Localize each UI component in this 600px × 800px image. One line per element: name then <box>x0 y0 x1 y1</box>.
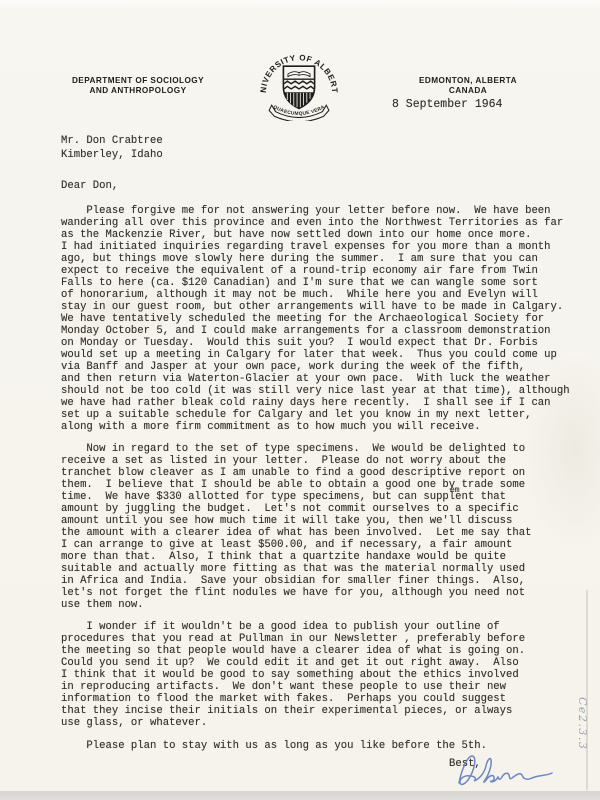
body-paragraph-3: I wonder if it wouldn't be a good idea t… <box>61 621 525 729</box>
recipient-address: Mr. Don Crabtree Kimberley, Idaho <box>61 134 163 162</box>
letterhead-location: EDMONTON, ALBERTA CANADA <box>406 76 530 96</box>
location-line1: EDMONTON, ALBERTA <box>406 76 530 86</box>
closing-line: Please plan to stay with us as long as y… <box>61 740 487 752</box>
letter-date: 8 September 1964 <box>392 99 502 111</box>
letterhead-department: DEPARTMENT OF SOCIOLOGY AND ANTHROPOLOGY <box>63 76 213 96</box>
paper-top-edge <box>0 0 600 8</box>
handwritten-signature <box>452 748 560 792</box>
typed-correction-superscript: em <box>450 486 460 495</box>
department-line2: AND ANTHROPOLOGY <box>63 86 213 96</box>
department-line1: DEPARTMENT OF SOCIOLOGY <box>63 76 213 86</box>
body-paragraph-1: Please forgive me for not answering your… <box>61 205 570 433</box>
body-paragraph-2: Now in regard to the set of type specime… <box>61 443 531 611</box>
letter-page: DEPARTMENT OF SOCIOLOGY AND ANTHROPOLOGY… <box>0 0 600 800</box>
location-line2: CANADA <box>406 86 530 96</box>
university-crest-icon: UNIVERSITY OF ALBERTA QUAECUMQUE VERA <box>260 53 338 121</box>
salutation: Dear Don, <box>61 180 118 192</box>
crest-field <box>284 90 314 108</box>
paper-crease <box>586 590 588 790</box>
background-below-paper <box>0 791 600 800</box>
